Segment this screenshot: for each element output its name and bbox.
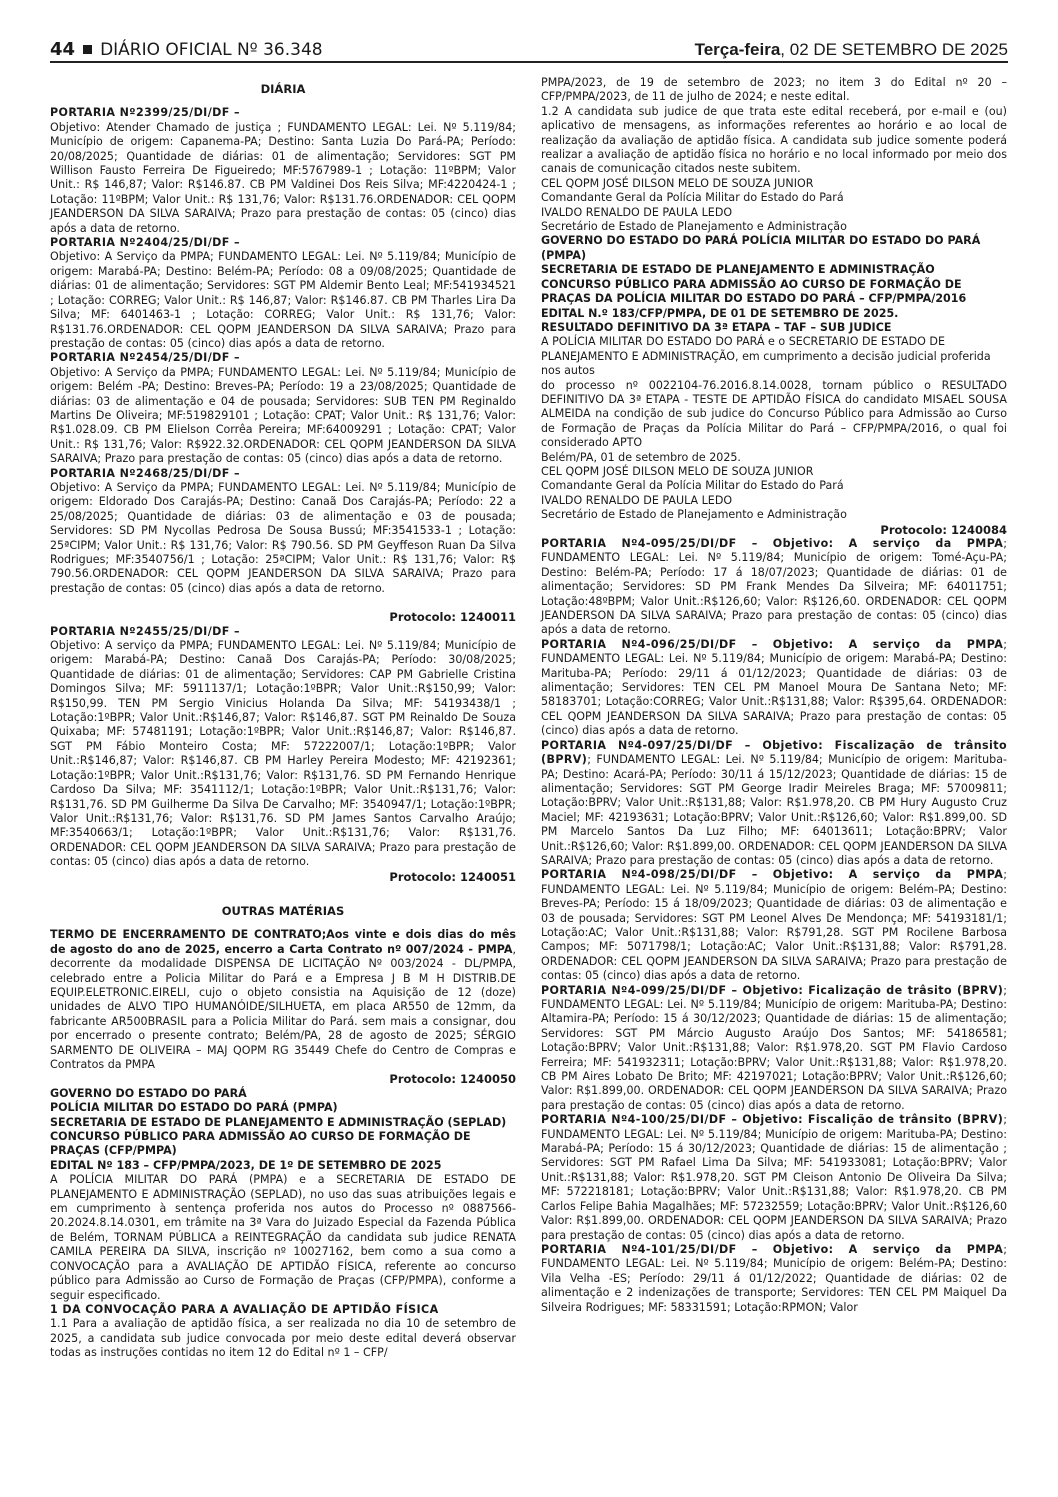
protocolo: Protocolo: 1240084 xyxy=(541,523,1007,537)
portaria-title: PORTARIA Nº4-099/25/DI/DF – Objetivo: Fi… xyxy=(541,984,1003,997)
section-title-outras: OUTRAS MATÉRIAS xyxy=(50,904,516,918)
portaria-entry: PORTARIA Nº4-097/25/DI/DF – Objetivo: Fi… xyxy=(541,739,1007,869)
portaria-entry: PORTARIA Nº4-100/25/DI/DF – Objetivo: Fi… xyxy=(541,1113,1007,1243)
portaria-entry: PORTARIA Nº4-098/25/DI/DF – Objetivo: A … xyxy=(541,868,1007,983)
header-left: 44 DIÁRIO OFICIAL Nº 36.348 xyxy=(50,39,323,60)
termo-body: , decorrente da modalidade DISPENSA DE L… xyxy=(50,943,516,1071)
resultado-text: A POLÍCIA MILITAR DO ESTADO DO PARÁ e o … xyxy=(541,335,1007,349)
portaria-body: ; FUNDAMENTO LEGAL: Lei. Nº 5.119/84; Mu… xyxy=(541,537,1007,636)
left-column: DIÁRIA PORTARIA Nº2399/25/DI/DF – Objeti… xyxy=(50,76,516,1361)
header-rule xyxy=(50,61,1008,63)
portaria-body: Objetivo: Atender Chamado de justiça ; F… xyxy=(50,121,516,236)
item-body: 1.1 Para a avaliação de aptidão física, … xyxy=(50,1317,516,1360)
portaria-body: Objetivo: A Serviço da PMPA; FUNDAMENTO … xyxy=(50,250,516,351)
resultado-title: RESULTADO DEFINITIVO DA 3ª ETAPA – TAF –… xyxy=(541,321,1007,335)
resultado-text: do processo nº 0022104-76.2016.8.14.0028… xyxy=(541,379,1007,451)
resultado-date: Belém/PA, 01 de setembro de 2025. xyxy=(541,451,1007,465)
portaria-body: ; FUNDAMENTO LEGAL: Lei. Nº 5.119/84; Mu… xyxy=(541,984,1007,1112)
portaria-body: ; FUNDAMENTO LEGAL: Lei. Nº 5.119/84; Mu… xyxy=(541,638,1007,737)
protocolo: Protocolo: 1240051 xyxy=(50,870,516,884)
signature-role: Comandante Geral da Polícia Militar do E… xyxy=(541,191,1007,205)
edital-body: A POLÍCIA MILITAR DO PARÁ (PMPA) e a SEC… xyxy=(50,1173,516,1303)
section-title-diaria: DIÁRIA xyxy=(50,82,516,96)
portaria-body: Objetivo: A Serviço da PMPA; FUNDAMENTO … xyxy=(50,481,516,596)
portaria-title: PORTARIA Nº2399/25/DI/DF – xyxy=(50,106,516,120)
termo-encerramento: TERMO DE ENCERRAMENTO DE CONTRATO;Aos vi… xyxy=(50,928,516,1072)
gov-heading: POLÍCIA MILITAR DO ESTADO DO PARÁ (PMPA) xyxy=(50,1101,516,1115)
right-column: PMPA/2023, de 19 de setembro de 2023; no… xyxy=(541,76,1007,1315)
publication-title: DIÁRIO OFICIAL Nº 36.348 xyxy=(100,40,323,60)
spacer xyxy=(50,884,516,898)
termo-bold: TERMO DE ENCERRAMENTO DE CONTRATO;Aos vi… xyxy=(50,928,516,955)
portaria-body: Objetivo: A serviço da PMPA; FUNDAMENTO … xyxy=(50,639,516,870)
item-title: 1 DA CONVOCAÇÃO PARA A AVALIAÇÃO DE APTI… xyxy=(50,1303,516,1317)
portaria-title: PORTARIA Nº4-100/25/DI/DF – Objetivo: Fi… xyxy=(541,1113,1003,1126)
portaria-title: PORTARIA Nº4-096/25/DI/DF – Objetivo: A … xyxy=(541,638,1003,651)
portaria-body: Objetivo: A Serviço da PMPA; FUNDAMENTO … xyxy=(50,366,516,467)
header-date: Terça-feira, 02 DE SETEMBRO DE 2025 xyxy=(695,40,1008,60)
portaria-body: ; FUNDAMENTO LEGAL: Lei. Nº 5.119/84; Mu… xyxy=(541,868,1007,982)
portaria-entry: PORTARIA Nº4-099/25/DI/DF – Objetivo: Fi… xyxy=(541,984,1007,1114)
portaria-entry: PORTARIA Nº4-096/25/DI/DF – Objetivo: A … xyxy=(541,638,1007,739)
gov-heading: GOVERNO DO ESTADO DO PARÁ xyxy=(50,1087,516,1101)
portaria-entry: PORTARIA Nº4-095/25/DI/DF – Objetivo: A … xyxy=(541,537,1007,638)
portaria-body: ; FUNDAMENTO LEGAL: Lei. Nº 5.119/84; Mu… xyxy=(541,1113,1007,1241)
portaria-title: PORTARIA Nº4-095/25/DI/DF – Objetivo: A … xyxy=(541,537,1003,550)
signature-name: CEL QOPM JOSÉ DILSON MELO DE SOUZA JUNIO… xyxy=(541,177,1007,191)
page-number: 44 xyxy=(50,39,75,60)
portaria-title: PORTARIA Nº2454/25/DI/DF – xyxy=(50,351,516,365)
portaria-entry: PORTARIA Nº4-101/25/DI/DF – Objetivo: A … xyxy=(541,1243,1007,1315)
gov-heading: SECRETARIA DE ESTADO DE PLANEJAMENTO E A… xyxy=(50,1116,516,1130)
gov-heading: CONCURSO PÚBLICO PARA ADMISSÃO AO CURSO … xyxy=(50,1130,516,1159)
header-date-text: , 02 DE SETEMBRO DE 2025 xyxy=(780,40,1008,59)
portaria-title: PORTARIA Nº2455/25/DI/DF – xyxy=(50,625,516,639)
header-weekday: Terça-feira xyxy=(695,40,781,59)
signature-name: IVALDO RENALDO DE PAULA LEDO xyxy=(541,494,1007,508)
resultado-text: PLANEJAMENTO E ADMINISTRAÇÃO, em cumprim… xyxy=(541,350,1007,379)
portaria-title: PORTARIA Nº2404/25/DI/DF – xyxy=(50,236,516,250)
continued-text: PMPA/2023, de 19 de setembro de 2023; no… xyxy=(541,76,1007,105)
portaria-body: ; FUNDAMENTO LEGAL: Lei. Nº 5.119/84; Mu… xyxy=(541,753,1007,867)
gov-heading: SECRETARIA DE ESTADO DE PLANEJAMENTO E A… xyxy=(541,263,1007,321)
signature-name: CEL QOPM JOSÉ DILSON MELO DE SOUZA JUNIO… xyxy=(541,465,1007,479)
item-body: 1.2 A candidata sub judice de que trata … xyxy=(541,105,1007,177)
protocolo: Protocolo: 1240011 xyxy=(50,610,516,624)
portaria-title: PORTARIA Nº4-101/25/DI/DF – Objetivo: A … xyxy=(541,1243,1003,1256)
spacer xyxy=(50,596,516,610)
protocolo: Protocolo: 1240050 xyxy=(50,1072,516,1086)
edital-title: EDITAL Nº 183 – CFP/PMPA/2023, DE 1º DE … xyxy=(50,1159,516,1173)
portaria-title: PORTARIA Nº2468/25/DI/DF – xyxy=(50,467,516,481)
square-bullet-icon xyxy=(83,45,92,54)
gov-heading: GOVERNO DO ESTADO DO PARÁ POLÍCIA MILITA… xyxy=(541,234,1007,263)
signature-role: Secretário de Estado de Planejamento e A… xyxy=(541,220,1007,234)
signature-role: Comandante Geral da Polícia Militar do E… xyxy=(541,479,1007,493)
page-header: 44 DIÁRIO OFICIAL Nº 36.348 Terça-feira,… xyxy=(50,30,1008,60)
signature-role: Secretário de Estado de Planejamento e A… xyxy=(541,508,1007,522)
portaria-title: PORTARIA Nº4-098/25/DI/DF – Objetivo: A … xyxy=(541,868,1003,881)
signature-name: IVALDO RENALDO DE PAULA LEDO xyxy=(541,206,1007,220)
